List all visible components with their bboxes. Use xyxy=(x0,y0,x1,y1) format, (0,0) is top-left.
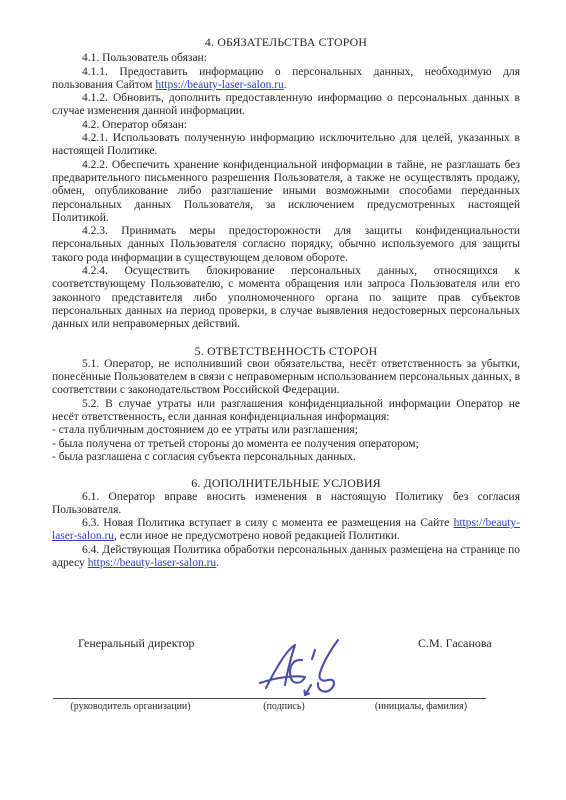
paragraph-5-2: 5.2. В случае утраты или разглашения кон… xyxy=(52,398,520,425)
paragraph-4-1-1-tail: . xyxy=(284,79,287,91)
paragraph-6-4-tail: . xyxy=(216,557,219,569)
paragraph-4-2-4: 4.2.4. Осуществить блокирование персонал… xyxy=(52,265,520,331)
paragraph-6-3-tail: , если иное не предусмотрено новой редак… xyxy=(114,530,400,542)
paragraph-6-1: 6.1. Оператор вправе вносить изменения в… xyxy=(52,491,520,518)
caption-signature: (подпись) xyxy=(224,701,344,713)
paragraph-4-1-2: 4.1.2. Обновить, дополнить предоставленн… xyxy=(52,92,520,119)
signatory-role-label: Генеральный директор xyxy=(78,637,195,650)
signature-rule-line xyxy=(53,698,486,699)
signatory-name-label: С.М. Гасанова xyxy=(418,637,492,650)
list-item-5-b: - была получена от третьей стороны до мо… xyxy=(52,438,520,451)
paragraph-5-1: 5.1. Оператор, не исполнивший свои обяза… xyxy=(52,358,520,398)
caption-head-of-organization: (руководитель организации) xyxy=(53,701,208,713)
handwritten-signature-image xyxy=(258,638,364,698)
paragraph-4-1: 4.1. Пользователь обязан: xyxy=(52,52,520,65)
paragraph-6-3-text: 6.3. Новая Политика вступает в силу с мо… xyxy=(82,517,454,529)
paragraph-6-3: 6.3. Новая Политика вступает в силу с мо… xyxy=(52,517,520,544)
paragraph-4-2-1: 4.2.1. Использовать полученную информаци… xyxy=(52,132,520,159)
paragraph-4-2: 4.2. Оператор обязан: xyxy=(52,119,520,132)
paragraph-6-4: 6.4. Действующая Политика обработки перс… xyxy=(52,544,520,571)
caption-initials-surname: (инициалы, фамилия) xyxy=(351,701,491,713)
paragraph-4-2-3: 4.2.3. Принимать меры предосторожности д… xyxy=(52,225,520,265)
list-item-5-c: - была разглашена с согласия субъекта пе… xyxy=(52,451,520,464)
document-page: 4. ОБЯЗАТЕЛЬСТВА СТОРОН 4.1. Пользовател… xyxy=(0,0,566,800)
site-link-4-1-1[interactable]: https://beauty-laser-salon.ru xyxy=(155,79,283,91)
section-4-heading: 4. ОБЯЗАТЕЛЬСТВА СТОРОН xyxy=(52,36,520,49)
document-body: 4. ОБЯЗАТЕЛЬСТВА СТОРОН 4.1. Пользовател… xyxy=(52,36,520,570)
section-5-heading: 5. ОТВЕТСТВЕННОСТЬ СТОРОН xyxy=(52,345,520,358)
list-item-5-a: - стала публичным достоянием до ее утрат… xyxy=(52,424,520,437)
paragraph-4-2-2: 4.2.2. Обеспечить хранение конфиденциаль… xyxy=(52,159,520,225)
section-6-heading: 6. ДОПОЛНИТЕЛЬНЫЕ УСЛОВИЯ xyxy=(52,477,520,490)
site-link-6-4[interactable]: https://beauty-laser-salon.ru xyxy=(88,557,216,569)
paragraph-4-1-1: 4.1.1. Предоставить информацию о персона… xyxy=(52,66,520,93)
